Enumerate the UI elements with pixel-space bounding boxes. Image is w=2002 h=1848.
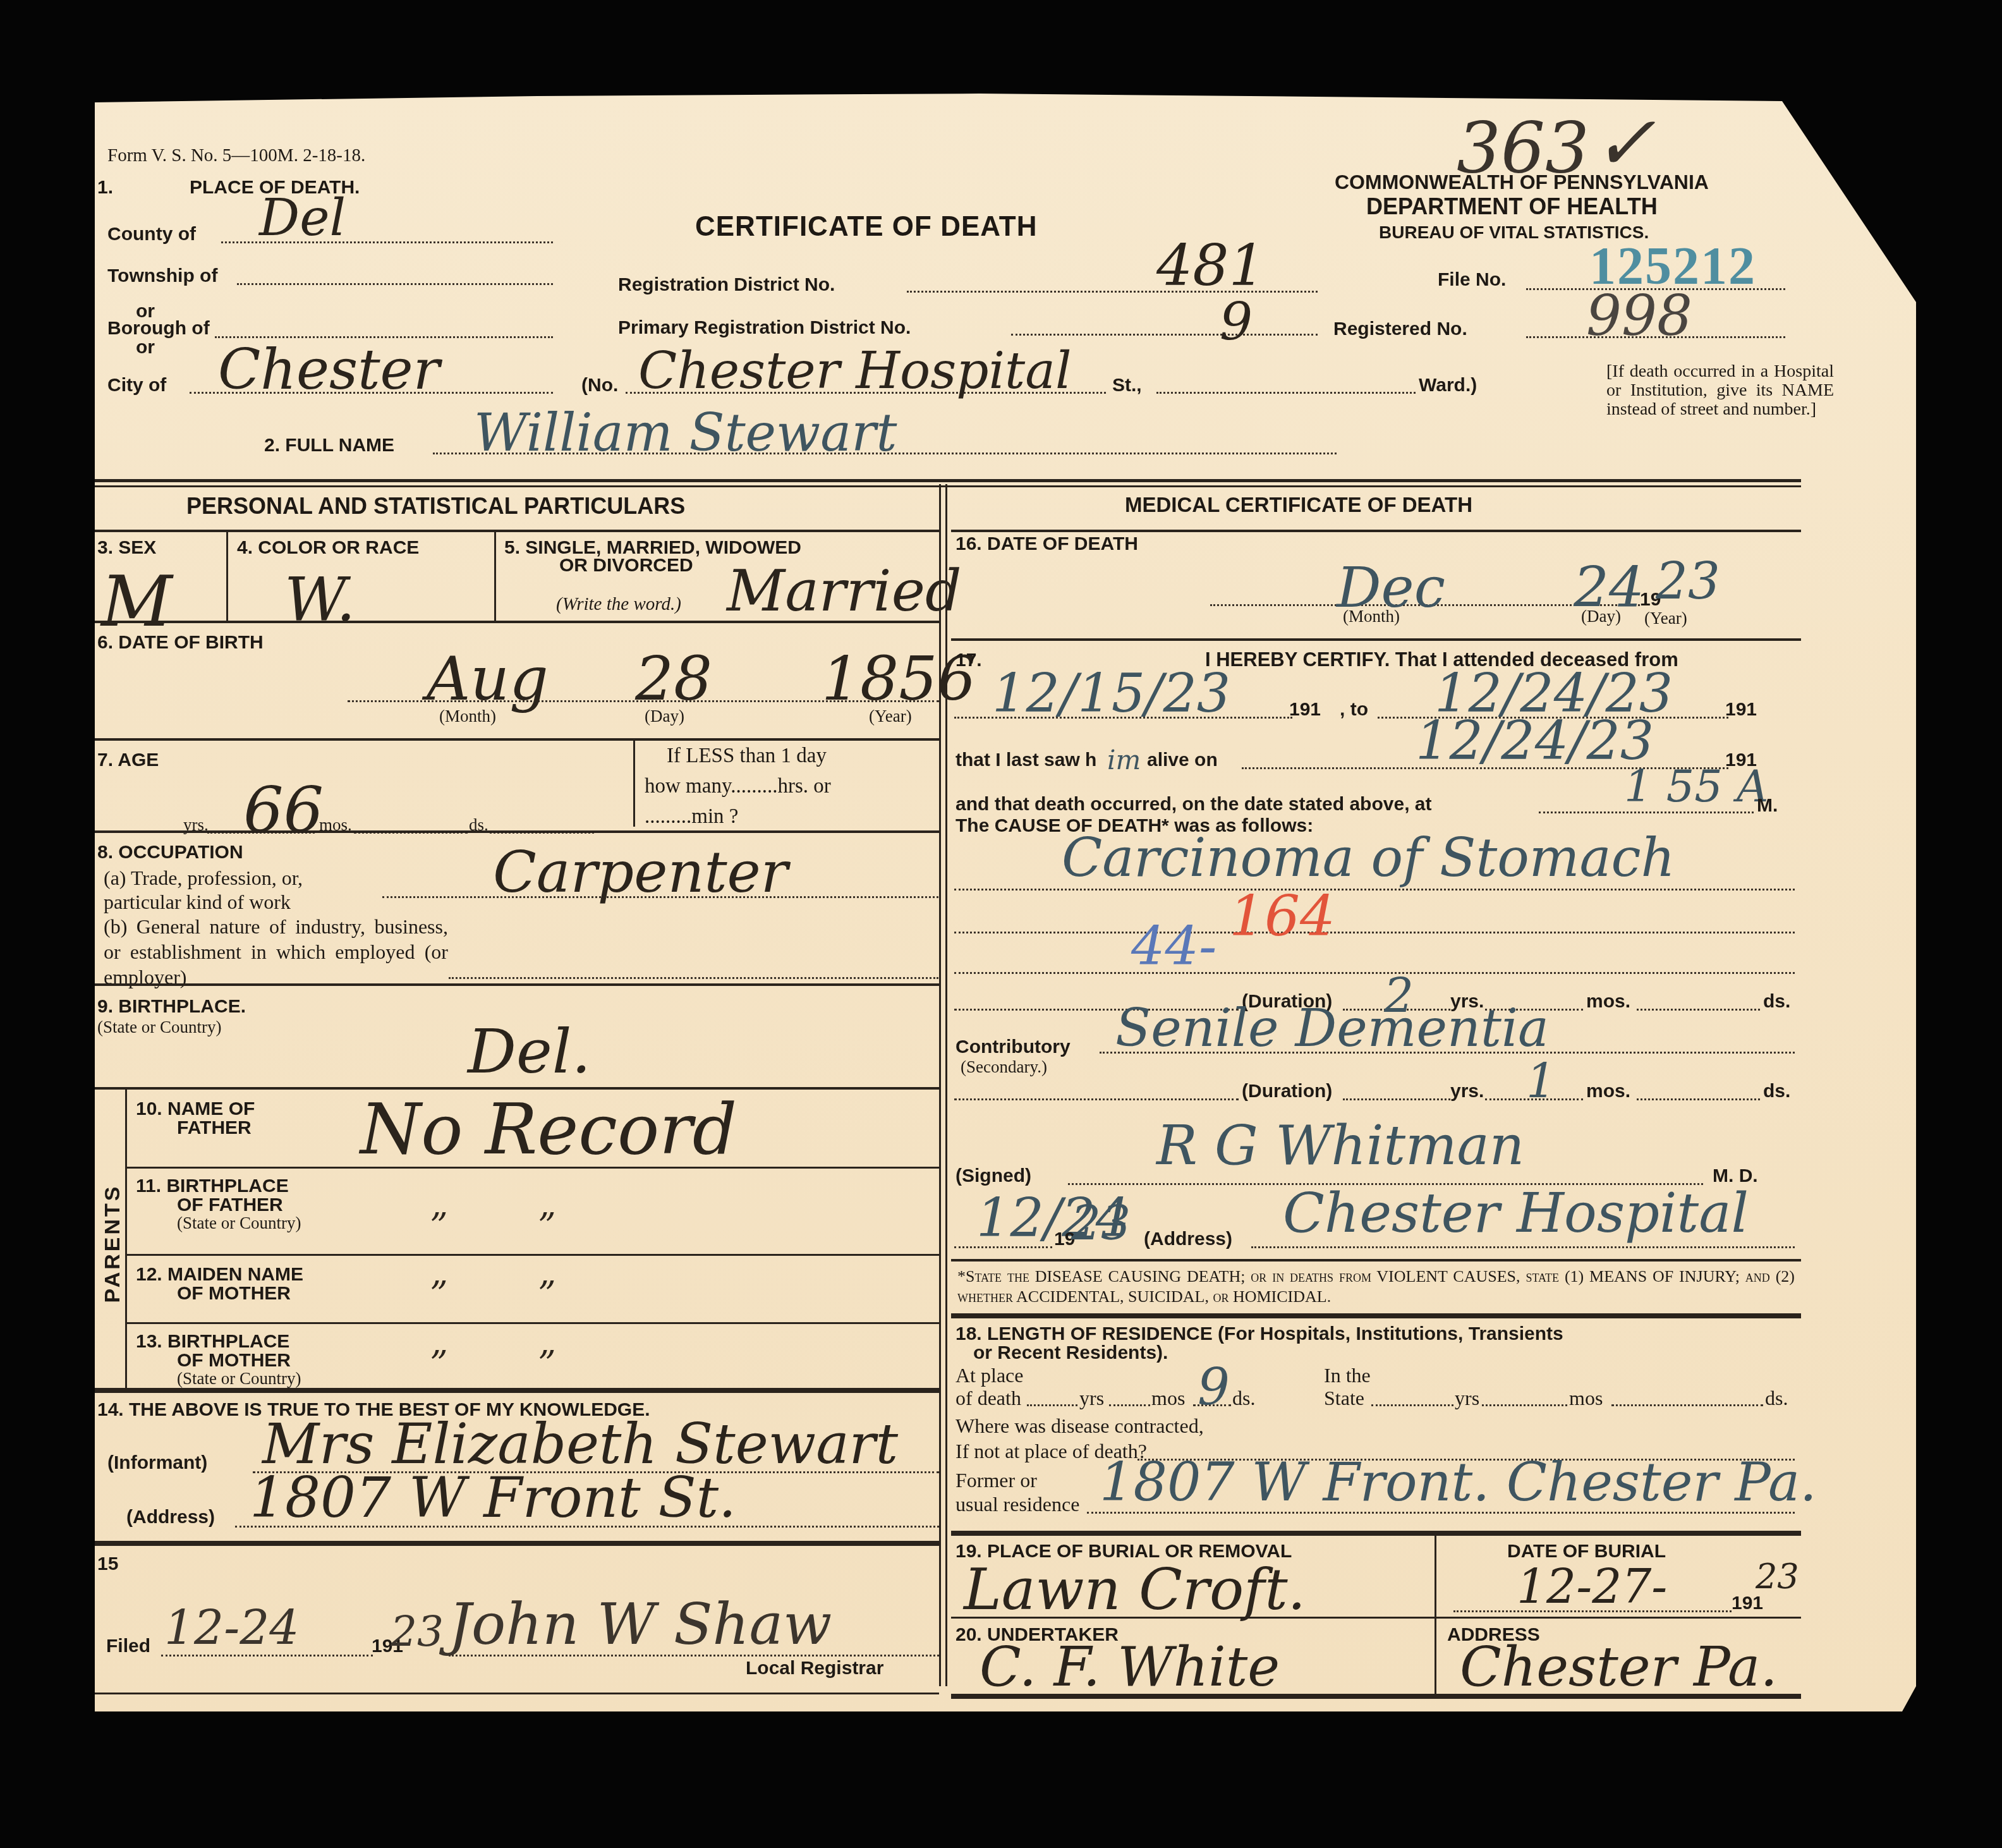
death-year-caption: (Year)	[1644, 609, 1687, 628]
borough-label: Borough of	[107, 318, 210, 339]
former-residence-label: Former or	[955, 1469, 1037, 1492]
place-months-field[interactable]	[1109, 1404, 1150, 1406]
birthplace-sub: (State or Country)	[97, 1018, 221, 1037]
divider	[95, 485, 1801, 487]
informant-label: (Informant)	[107, 1452, 207, 1474]
classification-code-red: 164	[1229, 884, 1335, 949]
city-label: City of	[107, 375, 166, 396]
last-saw-date[interactable]: 12/24/23	[1416, 710, 1654, 772]
month-caption: (Month)	[439, 707, 496, 726]
dob-year[interactable]: 1856	[822, 643, 976, 714]
marital-value[interactable]: Married	[727, 558, 962, 624]
personal-particulars-heading: PERSONAL AND STATISTICAL PARTICULARS	[186, 493, 685, 520]
physician-address-label: (Address)	[1144, 1229, 1232, 1250]
state-months-field[interactable]	[1482, 1404, 1567, 1406]
in-state-label: In the	[1324, 1364, 1371, 1387]
section-15-number: 15	[97, 1553, 118, 1575]
duration-label: (Duration)	[1242, 1081, 1332, 1102]
certificate-title: CERTIFICATE OF DEATH	[695, 211, 1037, 243]
death-year[interactable]: 23	[1656, 552, 1720, 611]
registrar-label: Local Registrar	[746, 1658, 883, 1679]
father-birthplace-sub: (State or Country)	[177, 1213, 301, 1233]
cause-of-death-value[interactable]: Carcinoma of Stomach	[1062, 827, 1675, 889]
signed-label: (Signed)	[955, 1165, 1031, 1187]
mother-birthplace-label: 13. BIRTHPLACE	[136, 1331, 289, 1353]
state-years-field[interactable]	[1371, 1404, 1453, 1406]
section-17-number: 17.	[955, 650, 982, 671]
death-day-caption: (Day)	[1581, 607, 1621, 626]
registration-district-label: Registration District No.	[618, 274, 835, 296]
race-label: 4. COLOR OR RACE	[237, 537, 419, 559]
yrs-label: yrs	[1455, 1387, 1479, 1410]
street-no-label: (No.	[581, 375, 618, 396]
marital-label-line2: OR DIVORCED	[559, 555, 693, 576]
former-residence-label-line2: usual residence	[955, 1493, 1079, 1516]
primary-district-label: Primary Registration District No.	[618, 317, 911, 339]
township-label: Township of	[107, 265, 217, 287]
registration-district-value[interactable]: 481	[1156, 233, 1265, 299]
day-caption: (Day)	[645, 707, 684, 726]
father-birthplace-value[interactable]: ” ”	[430, 1206, 556, 1247]
agency-department: DEPARTMENT OF HEALTH	[1366, 193, 1658, 220]
burial-date-value[interactable]: 12-27-	[1517, 1560, 1667, 1614]
in-state-label-line2: State	[1324, 1387, 1364, 1410]
occupation-b-text: (b) General nature of industry, business…	[104, 914, 448, 990]
death-time-suffix: M.	[1757, 795, 1778, 817]
burial-year[interactable]: 23	[1756, 1557, 1799, 1596]
street-st-label: St.,	[1112, 375, 1142, 396]
classification-code-blue: 44-	[1131, 915, 1216, 977]
contributory-sub: (Secondary.)	[961, 1057, 1047, 1077]
physician-signature[interactable]: R G Whitman	[1156, 1114, 1524, 1177]
mother-name-label: 12. MAIDEN NAME	[136, 1264, 303, 1286]
death-certificate-page: Form V. S. No. 5—100M. 2-18-18. 363 ✓ 1.…	[95, 94, 1916, 1711]
place-days-value[interactable]: 9	[1198, 1358, 1230, 1416]
occupation-label: 8. OCCUPATION	[97, 842, 243, 863]
less-than-day-text: If LESS than 1 day	[667, 745, 827, 768]
parents-side-label: PARENTS	[100, 1168, 125, 1320]
ward-label: Ward.)	[1419, 375, 1477, 396]
sex-value[interactable]: M	[101, 561, 173, 642]
filed-label: Filed	[106, 1636, 150, 1657]
burial-date-label: DATE OF BURIAL	[1507, 1541, 1666, 1562]
mother-name-label-line2: OF MOTHER	[177, 1283, 291, 1304]
former-residence-value[interactable]: 1807 W Front. Chester Pa.	[1100, 1451, 1817, 1513]
registered-no-label: Registered No.	[1333, 319, 1467, 340]
age-label: 7. AGE	[97, 750, 159, 771]
undertaker-value[interactable]: C. F. White	[980, 1636, 1280, 1699]
death-month-caption: (Month)	[1343, 607, 1400, 626]
full-name-label: 2. FULL NAME	[264, 435, 394, 456]
state-days-field[interactable]	[1611, 1404, 1763, 1406]
at-place-label-line2: of death	[955, 1387, 1021, 1410]
birthplace-label: 9. BIRTHPLACE.	[97, 996, 246, 1018]
informant-address-value[interactable]: 1807 W Front St.	[250, 1465, 736, 1530]
form-id: Form V. S. No. 5—100M. 2-18-18.	[107, 145, 365, 166]
street-value[interactable]: Chester Hospital	[638, 341, 1072, 400]
mos-label: mos	[1569, 1387, 1603, 1410]
father-name-label-line2: FATHER	[177, 1117, 252, 1139]
burial-place-value[interactable]: Lawn Croft.	[964, 1557, 1306, 1623]
signed-year[interactable]: 23	[1071, 1196, 1131, 1251]
cause-footnote: *State the DISEASE CAUSING DEATH; or in …	[957, 1267, 1795, 1307]
father-birthplace-label: 11. BIRTHPLACE	[136, 1176, 289, 1197]
mother-birthplace-label-line2: OF MOTHER	[177, 1350, 291, 1371]
filed-year-value[interactable]: 23	[391, 1607, 444, 1656]
contributory-value[interactable]: Senile Dementia	[1115, 999, 1549, 1059]
ds-label: ds.	[1763, 991, 1790, 1012]
year-caption: (Year)	[869, 707, 912, 726]
death-time-label: and that death occurred, on the date sta…	[955, 794, 1431, 815]
city-value[interactable]: Chester	[218, 337, 440, 402]
dob-month[interactable]: Aug	[427, 643, 549, 714]
father-name-value[interactable]: No Record	[360, 1089, 737, 1170]
mother-name-value[interactable]: ” ”	[430, 1274, 556, 1315]
hospital-note: [If death occurred in a Hospital or Inst…	[1606, 362, 1834, 419]
county-label: County of	[107, 224, 196, 245]
attended-from-value[interactable]: 12/15/23	[992, 662, 1230, 724]
father-birthplace-label-line2: OF FATHER	[177, 1195, 283, 1216]
registrar-signature[interactable]: John W Shaw	[449, 1591, 832, 1658]
year-191: 191	[1725, 699, 1757, 720]
year-191: 191	[1289, 699, 1321, 720]
township-field[interactable]	[237, 283, 553, 285]
date-of-death-label: 16. DATE OF DEATH	[955, 533, 1138, 555]
contributory-duration-months[interactable]: 1	[1526, 1054, 1556, 1109]
place-years-field[interactable]	[1027, 1404, 1077, 1406]
undertaker-address-value[interactable]: Chester Pa.	[1460, 1636, 1778, 1699]
dob-day[interactable]: 28	[635, 643, 712, 714]
ward-field[interactable]	[1156, 392, 1416, 394]
death-time-value[interactable]: 1 55 A	[1624, 760, 1769, 812]
less-than-day-min: .........min ?	[645, 805, 738, 829]
less-than-day-hrs: how many.........hrs. or	[645, 775, 831, 798]
mother-birthplace-value[interactable]: ” ”	[430, 1344, 556, 1385]
mos-label: mos.	[1586, 991, 1630, 1012]
or-text: or	[136, 337, 155, 358]
age-years[interactable]: 66	[243, 773, 324, 847]
ds-label: ds.	[1765, 1387, 1788, 1410]
ds-label: ds.	[1232, 1387, 1255, 1410]
ds-label: ds.	[1763, 1081, 1790, 1102]
alive-on-label: alive on	[1147, 750, 1218, 771]
full-name-value[interactable]: William Stewart	[474, 403, 897, 463]
mos-label: mos.	[1586, 1081, 1630, 1102]
file-no-label: File No.	[1438, 269, 1506, 291]
father-name-label: 10. NAME OF	[136, 1098, 255, 1120]
divider	[95, 479, 1801, 482]
agency-commonwealth: COMMONWEALTH OF PENNSYLVANIA	[1335, 171, 1709, 194]
residence-label: 18. LENGTH OF RESIDENCE (For Hospitals, …	[955, 1323, 1563, 1345]
primary-district-value[interactable]: 9	[1220, 293, 1253, 353]
sex-label: 3. SEX	[97, 537, 156, 559]
marital-hint: (Write the word.)	[556, 594, 681, 615]
contributory-label: Contributory	[955, 1036, 1071, 1058]
physician-address-value[interactable]: Chester Hospital	[1283, 1182, 1749, 1245]
last-saw-pronoun[interactable]: im	[1107, 745, 1141, 775]
birthplace-value[interactable]: Del.	[468, 1016, 591, 1087]
filed-date-value[interactable]: 12-24	[164, 1601, 299, 1655]
county-value[interactable]: Del	[259, 188, 346, 247]
last-saw-label: that I last saw h	[955, 750, 1096, 771]
yrs-label: yrs	[1079, 1387, 1104, 1410]
residence-label-line2: or Recent Residents).	[973, 1342, 1168, 1364]
mother-birthplace-sub: (State or Country)	[177, 1369, 301, 1389]
medical-certificate-heading: MEDICAL CERTIFICATE OF DEATH	[1125, 493, 1472, 517]
race-value[interactable]: W.	[284, 564, 355, 635]
mos-label: mos	[1151, 1387, 1185, 1410]
industry-field[interactable]	[449, 977, 938, 979]
dob-label: 6. DATE OF BIRTH	[97, 632, 264, 653]
to-label: , to	[1340, 699, 1368, 720]
occupation-value[interactable]: Carpenter	[493, 839, 788, 906]
occupation-a-text: (a) Trade, profession, or, particular ki…	[104, 866, 363, 914]
informant-address-label: (Address)	[126, 1507, 215, 1528]
section-1-number: 1.	[97, 177, 113, 198]
yrs-label: yrs.	[1450, 1081, 1484, 1102]
contracted-label: Where was disease contracted,	[955, 1414, 1204, 1438]
at-place-label: At place	[955, 1364, 1024, 1387]
registered-no-value[interactable]: 998	[1586, 283, 1692, 348]
